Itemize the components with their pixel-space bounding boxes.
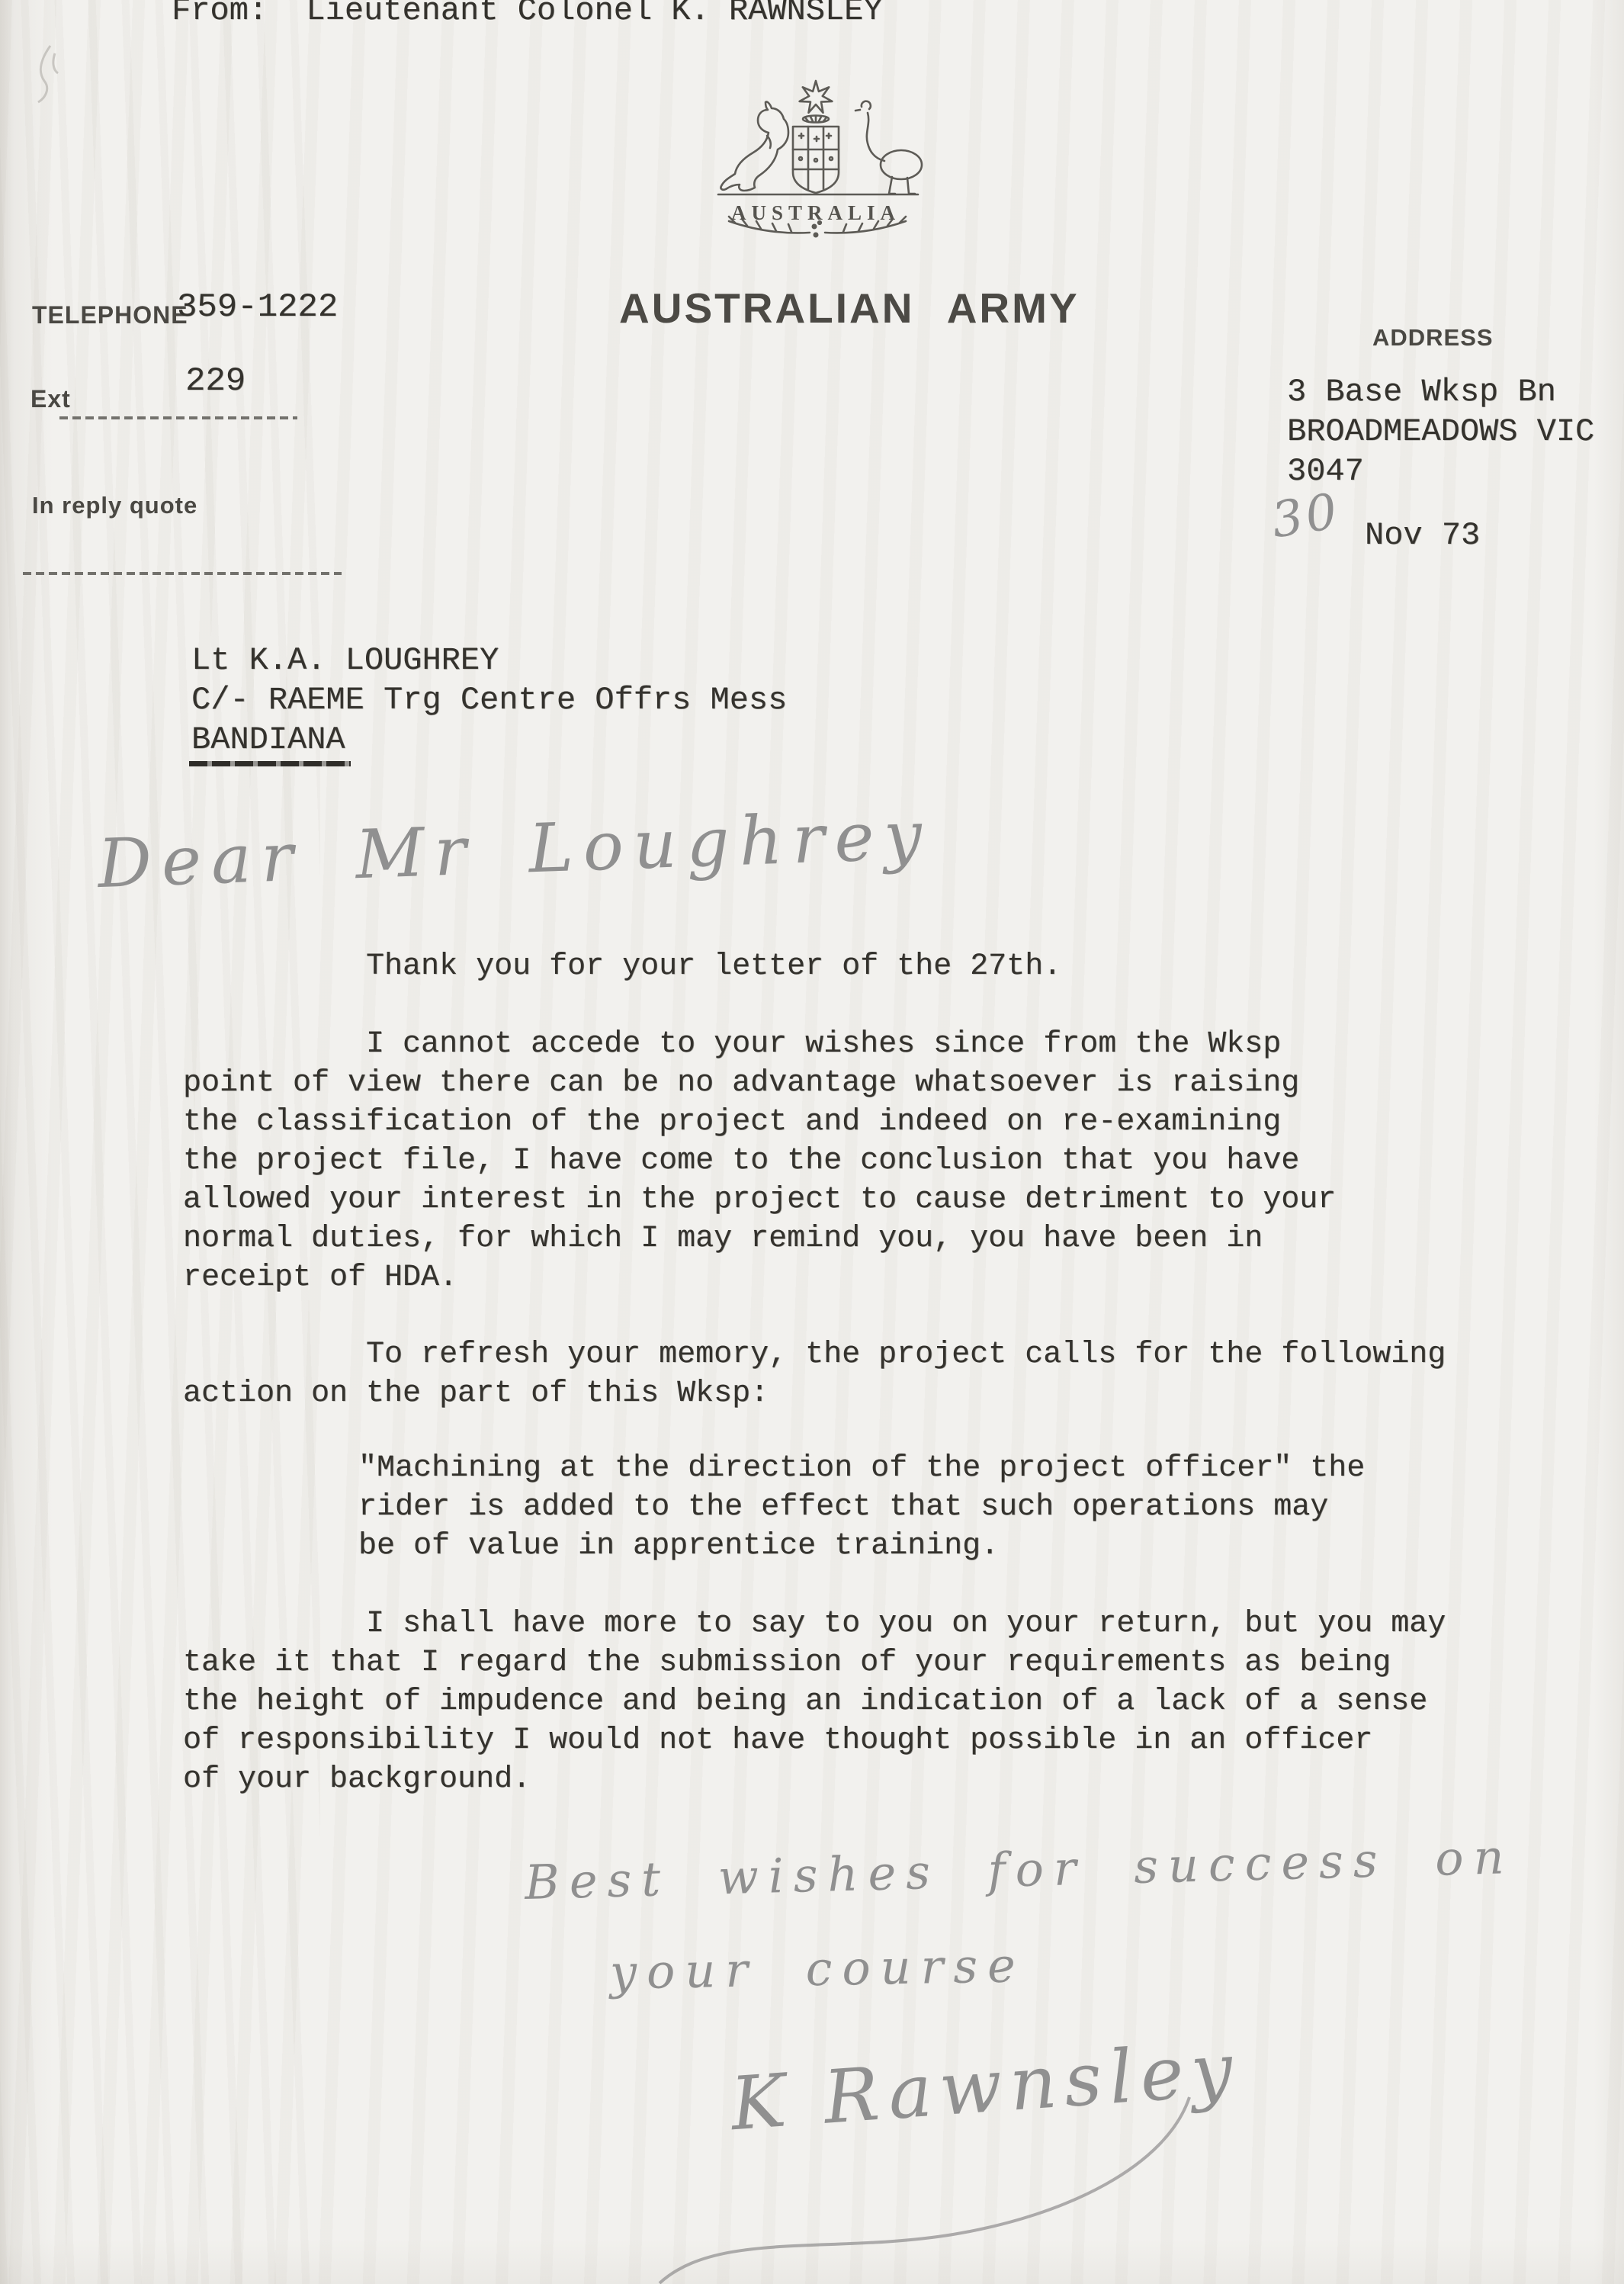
signature-flourish: [579, 2074, 1235, 2284]
typed-date: Nov 73: [1365, 516, 1480, 555]
handwritten-date-day: 30: [1268, 483, 1344, 549]
body-paragraph-3: To refresh your memory, the project call…: [183, 1335, 1446, 1413]
address-line-1: 3 Base Wksp Bn: [1287, 372, 1556, 412]
address-label: ADDRESS: [1372, 324, 1494, 352]
commonwealth-star-icon: [800, 81, 833, 113]
ext-label: Ext: [30, 385, 71, 413]
address-line-2: BROADMEADOWS VIC: [1287, 412, 1594, 451]
kangaroo-figure: [721, 101, 788, 191]
australia-banner: AUSTRALIA: [731, 201, 900, 224]
ext-number: 229: [185, 362, 246, 400]
recipient-unit: C/- RAEME Trg Centre Offrs Mess: [191, 680, 787, 720]
scanned-letter-page: { "letter": { "from_line": "From: Lieute…: [0, 0, 1624, 2284]
quoted-extract: "Machining at the direction of the proje…: [358, 1449, 1365, 1566]
reference-dotted-line: [23, 572, 342, 575]
telephone-number: 359-1222: [177, 288, 338, 326]
salutation-handwritten: Dear Mr Loughrey: [97, 795, 933, 903]
emu-figure: [855, 101, 922, 194]
body-paragraph-4: I shall have more to say to you on your …: [183, 1605, 1446, 1799]
bandiana-underline: [189, 761, 351, 766]
australian-coat-of-arms: AUSTRALIA: [685, 75, 950, 241]
recipient-location: BANDIANA: [191, 720, 345, 760]
paper-artifact-squiggle: [15, 23, 122, 122]
ext-dotted-line: [59, 416, 297, 419]
in-reply-quote-label: In reply quote: [32, 492, 197, 519]
body-paragraph-2: I cannot accede to your wishes since fro…: [183, 1025, 1336, 1297]
from-line: From: Lieutenant Colonel K. RAWNSLEY: [172, 0, 883, 31]
org-title: AUSTRALIAN ARMY: [619, 284, 1080, 332]
telephone-label: TELEPHONE: [32, 301, 188, 329]
closing-handwritten-line-2: your course: [609, 1937, 1025, 2000]
body-paragraph-1: Thank you for your letter of the 27th.: [183, 947, 1061, 986]
shield-icon: [793, 127, 839, 193]
recipient-name: Lt K.A. LOUGHREY: [191, 641, 499, 680]
closing-handwritten-line-1: Best wishes for success on: [524, 1829, 1514, 1910]
